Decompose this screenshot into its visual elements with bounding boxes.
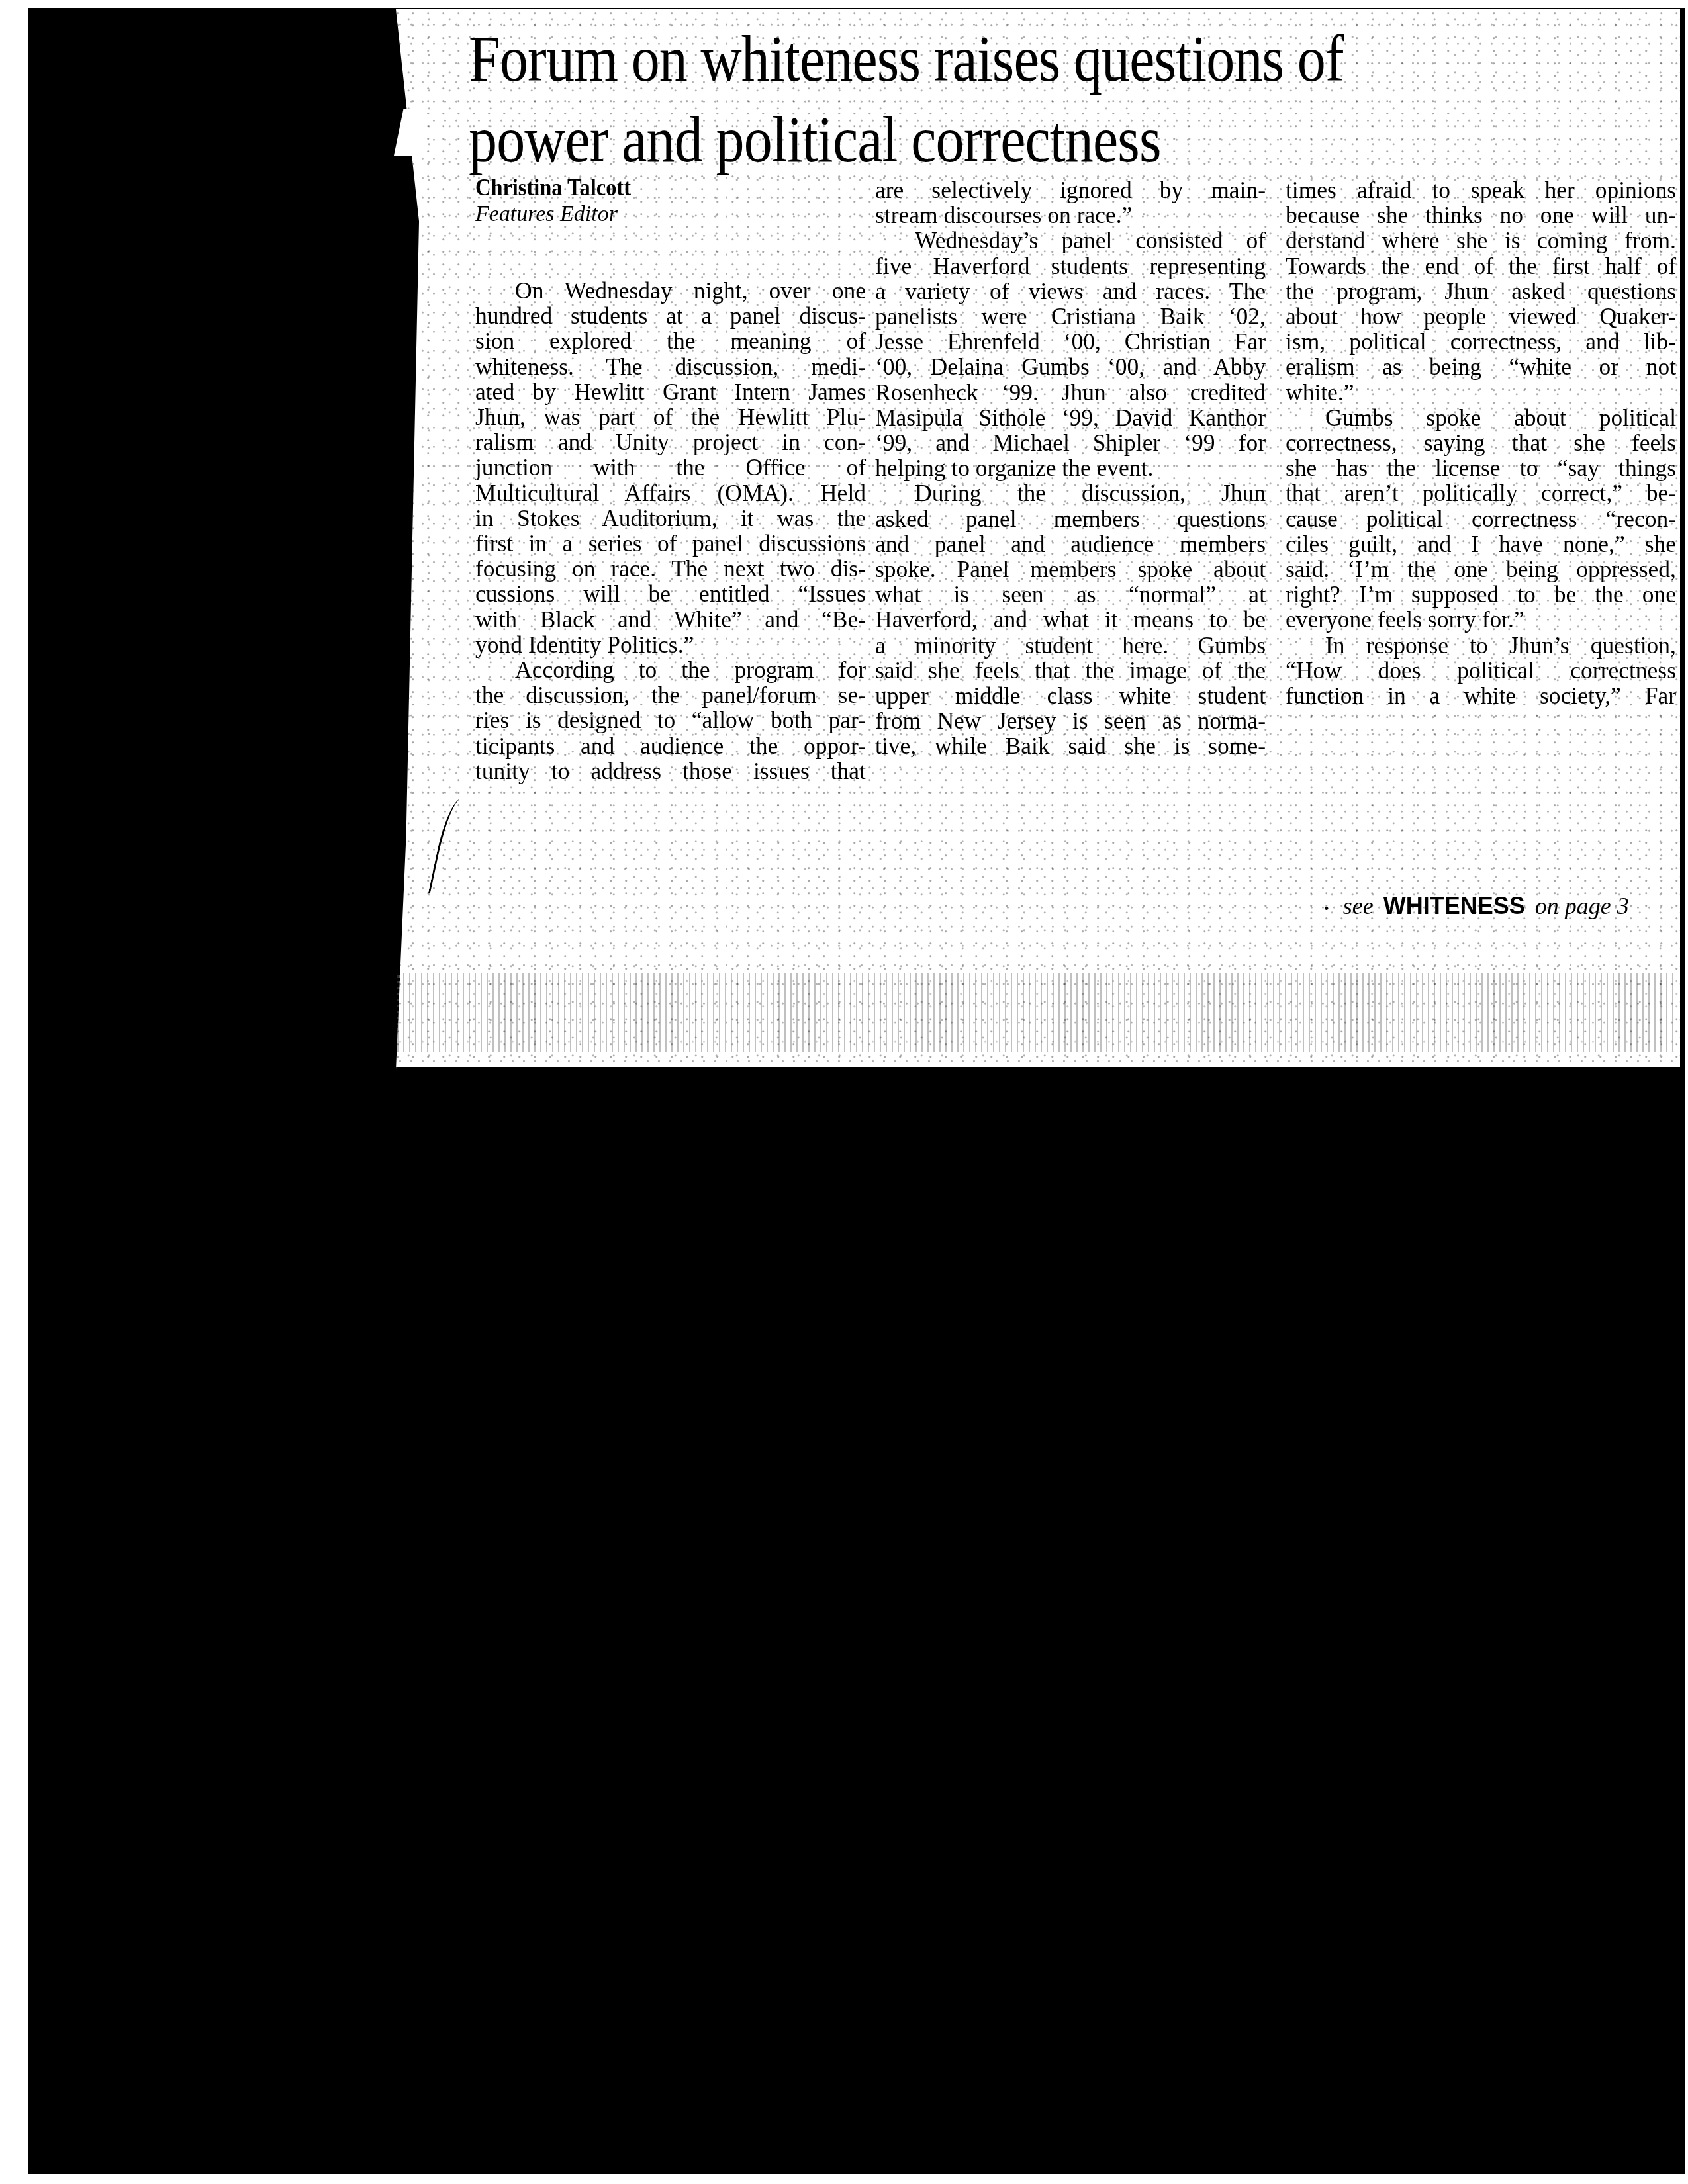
text-line: Towards the end of the first half of: [1286, 253, 1676, 279]
headline-area: Forum on whiteness raises questions of p…: [396, 9, 1680, 175]
text-line: Gumbs spoke about political: [1286, 405, 1676, 430]
text-line: During the discussion, Jhun: [875, 480, 1266, 506]
text-line: a variety of views and races. The: [875, 279, 1266, 304]
article-column-2: are selectively ignored by main-stream d…: [875, 177, 1266, 759]
text-line: upper middle class white student: [875, 683, 1266, 708]
text-line: ralism and Unity project in con-: [475, 430, 866, 455]
text-line: about how people viewed Quaker-: [1286, 304, 1676, 329]
text-line: Jhun, was part of the Hewlitt Plu-: [475, 404, 866, 430]
headline-line-2: power and political correctness: [469, 99, 1344, 180]
byline: Christina Talcott Features Editor: [475, 173, 648, 228]
text-line: that aren’t politically correct,” be-: [1286, 480, 1676, 506]
text-line: Multicultural Affairs (OMA). Held: [475, 480, 866, 506]
text-line: cause political correctness “recon-: [1286, 506, 1676, 531]
text-line: ‘00, Delaina Gumbs ‘00, and Abby: [875, 354, 1266, 379]
text-line: yond Identity Politics.”: [475, 632, 866, 657]
text-line: ciles guilt, and I have none,” she: [1286, 531, 1676, 557]
text-line: the program, Jhun asked questions: [1286, 279, 1676, 304]
text-line: five Haverford students representing: [875, 253, 1266, 279]
text-line: from New Jersey is seen as norma-: [875, 708, 1266, 733]
text-line: According to the program for: [475, 657, 866, 682]
text-line: asked panel members questions: [875, 506, 1266, 531]
jump-see: see: [1343, 893, 1374, 919]
continuation-jump-line: • see WHITENESS on page 3: [1324, 892, 1629, 920]
text-line: “How does political correctness: [1286, 658, 1676, 683]
text-line: focusing on race. The next two dis-: [475, 556, 866, 581]
text-line: with Black and White” and “Be-: [475, 607, 866, 632]
headline: Forum on whiteness raises questions of p…: [469, 19, 1344, 180]
text-line: times afraid to speak her opinions: [1286, 177, 1676, 203]
text-line: tunity to address those issues that: [475, 758, 866, 784]
text-line: a minority student here. Gumbs: [875, 633, 1266, 658]
text-line: white.”: [1286, 380, 1676, 405]
scan-noise-band: [397, 973, 1678, 1052]
text-line: ism, political correctness, and lib-: [1286, 329, 1676, 354]
text-line: derstand where she is coming from.: [1286, 228, 1676, 253]
text-line: On Wednesday night, over one: [475, 278, 866, 303]
text-line: Rosenheck ‘99. Jhun also credited: [875, 380, 1266, 405]
text-line: said she feels that the image of the: [875, 658, 1266, 683]
article-column-1: On Wednesday night, over onehundred stud…: [475, 278, 866, 784]
author-name: Christina Talcott: [475, 173, 631, 201]
text-line: ated by Hewlitt Grant Intern James: [475, 379, 866, 404]
article-column-3: times afraid to speak her opinionsbecaus…: [1286, 177, 1676, 708]
text-line: right? I’m supposed to be the one: [1286, 582, 1676, 607]
text-line: first in a series of panel discussions: [475, 531, 866, 556]
text-line: whiteness. The discussion, medi-: [475, 354, 866, 379]
author-title: Features Editor: [475, 201, 648, 228]
text-line: Haverford, and what it means to be: [875, 607, 1266, 632]
text-line: cussions will be entitled “Issues: [475, 581, 866, 606]
text-line: helping to organize the event.: [875, 455, 1266, 480]
text-line: Wednesday’s panel consisted of: [875, 228, 1266, 253]
text-line: and panel and audience members: [875, 531, 1266, 557]
text-line: in Stokes Auditorium, it was the: [475, 506, 866, 531]
bullet-icon: •: [1324, 900, 1329, 917]
text-line: what is seen as “normal” at: [875, 582, 1266, 607]
text-line: ticipants and audience the oppor-: [475, 733, 866, 758]
text-line: function in a white society,” Far: [1286, 683, 1676, 708]
text-line: stream discourses on race.”: [875, 203, 1266, 228]
text-line: ries is designed to “allow both par-: [475, 707, 866, 733]
headline-line-1: Forum on whiteness raises questions of: [469, 19, 1344, 99]
text-line: ‘99, and Michael Shipler ‘99 for: [875, 430, 1266, 455]
text-line: spoke. Panel members spoke about: [875, 557, 1266, 582]
jump-keyword: WHITENESS: [1383, 892, 1525, 919]
text-line: junction with the Office of: [475, 455, 866, 480]
text-line: hundred students at a panel discus-: [475, 303, 866, 328]
text-line: everyone feels sorry for.”: [1286, 607, 1676, 632]
text-line: said. ‘I’m the one being oppressed,: [1286, 557, 1676, 582]
text-line: she has the license to “say things: [1286, 455, 1676, 480]
text-line: Masipula Sithole ‘99, David Kanthor: [875, 405, 1266, 430]
text-line: the discussion, the panel/forum se-: [475, 682, 866, 707]
text-line: Jesse Ehrenfeld ‘00, Christian Far: [875, 329, 1266, 354]
text-line: sion explored the meaning of: [475, 328, 866, 353]
text-line: tive, while Baik said she is some-: [875, 733, 1266, 758]
text-line: correctness, saying that she feels: [1286, 430, 1676, 455]
text-line: are selectively ignored by main-: [875, 177, 1266, 203]
text-line: In response to Jhun’s question,: [1286, 633, 1676, 658]
text-line: because she thinks no one will un-: [1286, 203, 1676, 228]
jump-page: on page 3: [1535, 893, 1629, 919]
text-line: eralism as being “white or not: [1286, 354, 1676, 379]
text-line: panelists were Cristiana Baik ‘02,: [875, 304, 1266, 329]
